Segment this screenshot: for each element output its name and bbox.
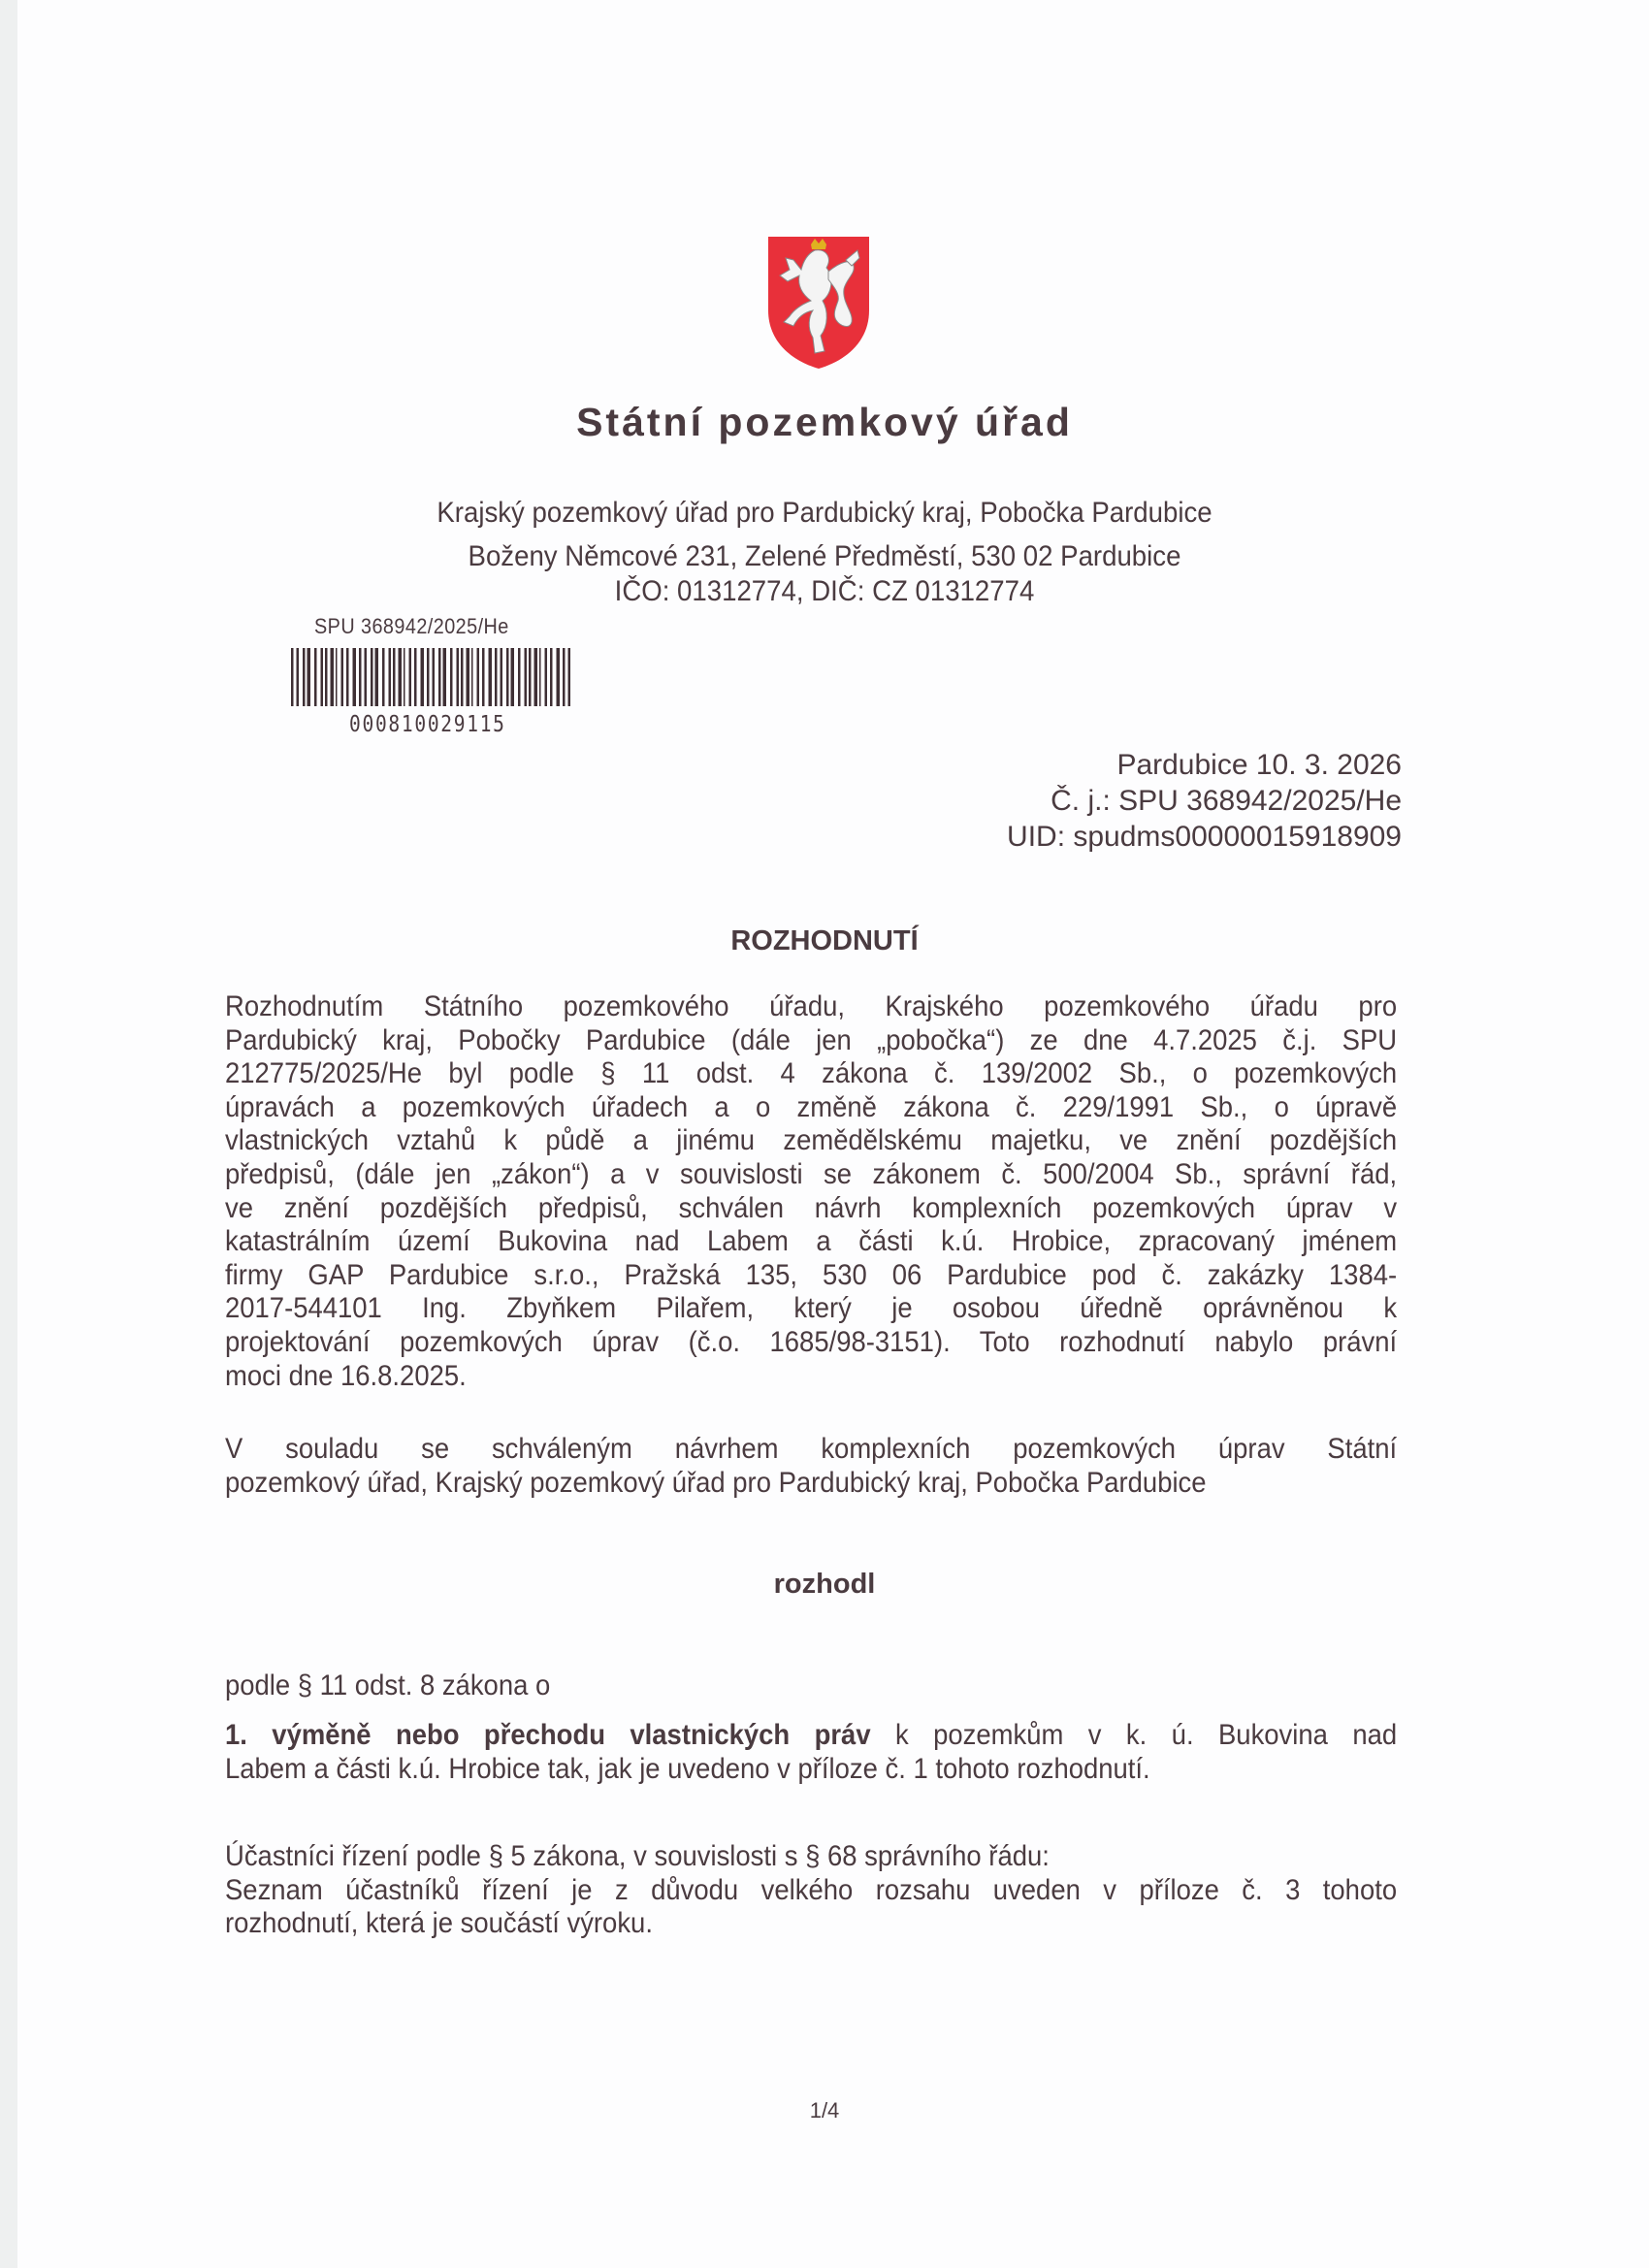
paragraph-background-line: Pardubický kraj, Pobočky Pardubice (dále…: [225, 1024, 1397, 1058]
document-meta: Pardubice 10. 3. 2026 Č. j.: SPU 368942/…: [1007, 747, 1402, 855]
paragraph-background-line: moci dne 16.8.2025.: [225, 1360, 1397, 1394]
barcode: [291, 648, 570, 706]
paragraph-background-line: vlastnických vztahů k půdě a jinému země…: [225, 1124, 1397, 1158]
paragraph-approval: V souladu se schváleným návrhem komplexn…: [225, 1433, 1397, 1500]
paragraph-background-line: katastrálním území Bukovina nad Labem a …: [225, 1225, 1397, 1259]
page-number: 1/4: [0, 2098, 1649, 2123]
office-title: Státní pozemkový úřad: [0, 400, 1649, 445]
paragraph-background-line: firmy GAP Pardubice s.r.o., Pražská 135,…: [225, 1259, 1397, 1293]
office-branch: Krajský pozemkový úřad pro Pardubický kr…: [66, 497, 1583, 530]
paragraph-approval-line: pozemkový úřad, Krajský pozemkový úřad p…: [225, 1467, 1397, 1501]
paragraph-background-line: projektování pozemkových úprav (č.o. 168…: [225, 1326, 1397, 1360]
decision-item-1: 1. výměně nebo přechodu vlastnických prá…: [225, 1719, 1397, 1786]
paragraph-approval-line: V souladu se schváleným návrhem komplexn…: [225, 1433, 1397, 1467]
place-date: Pardubice 10. 3. 2026: [1007, 747, 1402, 783]
legal-basis: podle § 11 odst. 8 zákona o: [225, 1669, 1397, 1703]
office-ids: IČO: 01312774, DIČ: CZ 01312774: [66, 575, 1583, 608]
paragraph-background-line: 212775/2025/He byl podle § 11 odst. 4 zá…: [225, 1057, 1397, 1091]
paragraph-background: Rozhodnutím Státního pozemkového úřadu, …: [225, 990, 1397, 1393]
participants-line3: rozhodnutí, která je součástí výroku.: [225, 1907, 1397, 1941]
stamp-reference: SPU 368942/2025/He: [314, 614, 509, 639]
participants-line2: Seznam účastníků řízení je z důvodu velk…: [225, 1874, 1397, 1908]
paragraph-background-line: ve znění pozdějších předpisů, schválen n…: [225, 1192, 1397, 1226]
barcode-number: 000810029115: [349, 712, 506, 737]
decision-item-1-rest: k pozemkům v k. ú. Bukovina nad: [871, 1719, 1398, 1751]
scan-edge: [0, 0, 17, 2268]
decision-item-1-line1: 1. výměně nebo přechodu vlastnických prá…: [225, 1719, 1397, 1753]
czech-coat-of-arms-icon: [764, 233, 873, 371]
decision-verb: rozhodl: [0, 1569, 1649, 1601]
paragraph-background-line: úpravách a pozemkových úřadech a o změně…: [225, 1091, 1397, 1125]
document-uid: UID: spudms00000015918909: [1007, 819, 1402, 855]
decision-title: ROZHODNUTÍ: [0, 925, 1649, 957]
legal-basis-text: podle § 11 odst. 8 zákona o: [225, 1669, 1397, 1703]
decision-item-1-title: 1. výměně nebo přechodu vlastnických prá…: [225, 1719, 871, 1751]
paragraph-background-line: Rozhodnutím Státního pozemkového úřadu, …: [225, 990, 1397, 1024]
case-number: Č. j.: SPU 368942/2025/He: [1007, 783, 1402, 819]
paragraph-background-line: předpisů, (dále jen „zákon“) a v souvisl…: [225, 1158, 1397, 1192]
participants: Účastníci řízení podle § 5 zákona, v sou…: [225, 1840, 1397, 1941]
paragraph-background-line: 2017-544101 Ing. Zbyňkem Pilařem, který …: [225, 1292, 1397, 1326]
decision-item-1-line2: Labem a části k.ú. Hrobice tak, jak je u…: [225, 1753, 1397, 1787]
participants-heading: Účastníci řízení podle § 5 zákona, v sou…: [225, 1840, 1397, 1874]
office-address: Boženy Němcové 231, Zelené Předměstí, 53…: [66, 540, 1583, 573]
